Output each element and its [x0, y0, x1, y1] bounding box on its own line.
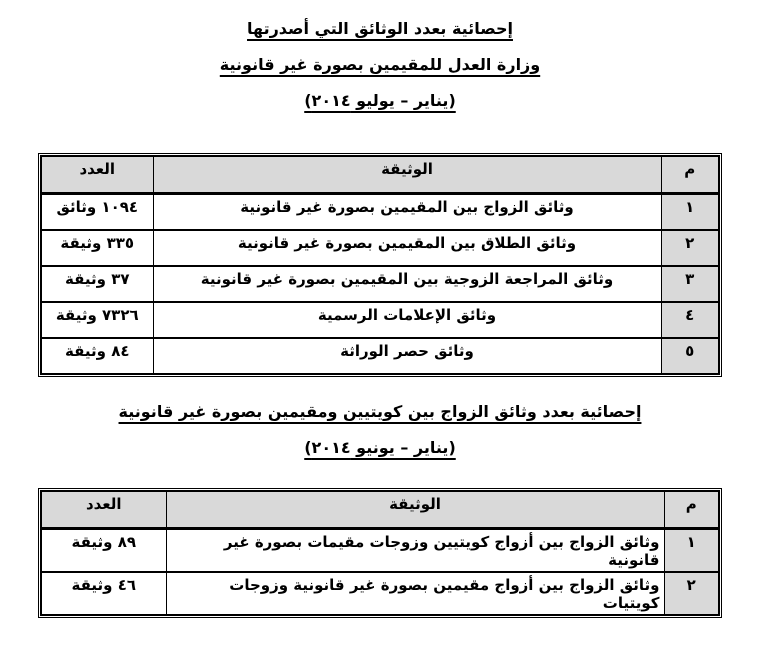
- row-count: ٨٤ وثيقة: [41, 338, 153, 374]
- row-document: وثائق الطلاق بين المقيمين بصورة غير قانو…: [153, 230, 661, 266]
- section1-title-block: إحصائية بعدد الوثائق التي أصدرتها وزارة …: [0, 18, 760, 126]
- row-count: ٣٣٥ وثيقة: [41, 230, 153, 266]
- section2-title-line1: إحصائية بعدد وثائق الزواج بين كويتيين وم…: [0, 401, 760, 423]
- row-serial: ١: [664, 529, 719, 573]
- table1-wrapper: م الوثيقة العدد ١ وثائق الزواج بين المقي…: [38, 153, 722, 377]
- table-row: ٥ وثائق حصر الوراثة ٨٤ وثيقة: [41, 338, 719, 374]
- row-serial: ١: [661, 194, 719, 231]
- row-document: وثائق الإعلامات الرسمية: [153, 302, 661, 338]
- table1-header-count: العدد: [41, 156, 153, 194]
- row-serial: ٢: [664, 572, 719, 615]
- table-row: ٣ وثائق المراجعة الزوجية بين المقيمين بص…: [41, 266, 719, 302]
- table2-header-serial: م: [664, 491, 719, 529]
- documents-statistics-table: م الوثيقة العدد ١ وثائق الزواج بين المقي…: [40, 155, 720, 375]
- row-count: ١٠٩٤ وثائق: [41, 194, 153, 231]
- marriage-statistics-table: م الوثيقة العدد ١ وثائق الزواج بين أزواج…: [40, 490, 720, 616]
- row-document: وثائق الزواج بين أزواج مقيمين بصورة غير …: [166, 572, 664, 615]
- row-count: ٤٦ وثيقة: [41, 572, 166, 615]
- row-document: وثائق الزواج بين أزواج كويتيين وزوجات مق…: [166, 529, 664, 573]
- row-document: وثائق حصر الوراثة: [153, 338, 661, 374]
- row-serial: ٥: [661, 338, 719, 374]
- table1-header-serial: م: [661, 156, 719, 194]
- row-document: وثائق المراجعة الزوجية بين المقيمين بصور…: [153, 266, 661, 302]
- table-row: ٢ وثائق الزواج بين أزواج مقيمين بصورة غي…: [41, 572, 719, 615]
- table2-header-document: الوثيقة: [166, 491, 664, 529]
- section1-title-line1: إحصائية بعدد الوثائق التي أصدرتها: [0, 18, 760, 40]
- row-serial: ٢: [661, 230, 719, 266]
- table1-header-row: م الوثيقة العدد: [41, 156, 719, 194]
- table1-header-document: الوثيقة: [153, 156, 661, 194]
- table-row: ٤ وثائق الإعلامات الرسمية ٧٣٢٦ وثيقة: [41, 302, 719, 338]
- table2-header-count: العدد: [41, 491, 166, 529]
- section1-title-line2: وزارة العدل للمقيمين بصورة غير قانونية: [0, 54, 760, 76]
- document-page: إحصائية بعدد الوثائق التي أصدرتها وزارة …: [0, 0, 760, 648]
- table2-header-row: م الوثيقة العدد: [41, 491, 719, 529]
- section1-date-line: (يناير – يوليو ٢٠١٤): [0, 90, 760, 112]
- row-count: ٣٧ وثيقة: [41, 266, 153, 302]
- row-count: ٧٣٢٦ وثيقة: [41, 302, 153, 338]
- table-row: ١ وثائق الزواج بين المقيمين بصورة غير قا…: [41, 194, 719, 231]
- table-row: ١ وثائق الزواج بين أزواج كويتيين وزوجات …: [41, 529, 719, 573]
- row-document: وثائق الزواج بين المقيمين بصورة غير قانو…: [153, 194, 661, 231]
- table-row: ٢ وثائق الطلاق بين المقيمين بصورة غير قا…: [41, 230, 719, 266]
- table2-wrapper: م الوثيقة العدد ١ وثائق الزواج بين أزواج…: [38, 488, 722, 618]
- section2-date-line: (يناير – يونيو ٢٠١٤): [0, 437, 760, 459]
- row-count: ٨٩ وثيقة: [41, 529, 166, 573]
- row-serial: ٣: [661, 266, 719, 302]
- row-serial: ٤: [661, 302, 719, 338]
- section2-title-block: إحصائية بعدد وثائق الزواج بين كويتيين وم…: [0, 401, 760, 473]
